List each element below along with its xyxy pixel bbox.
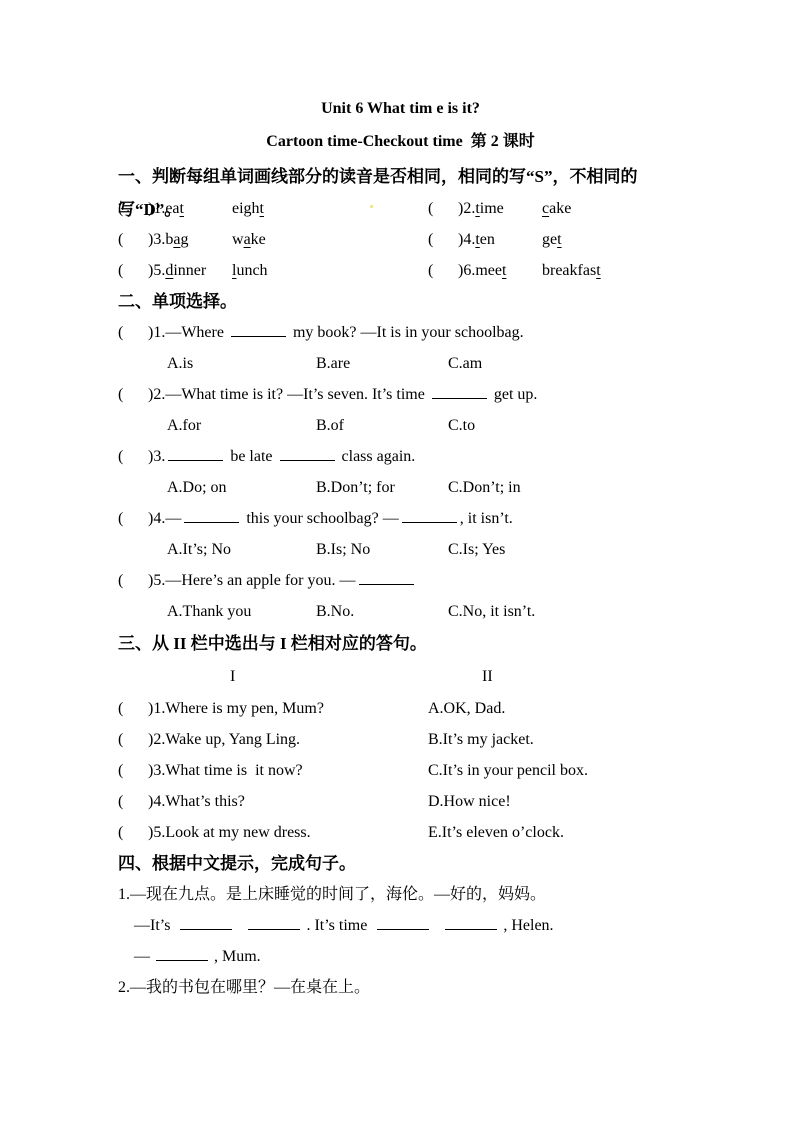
column-2-header: II	[482, 660, 493, 693]
matching-question: )1.Where is my pen, Mum?	[148, 693, 428, 724]
underlined-letter: a	[244, 231, 251, 248]
answer-blank	[280, 446, 335, 461]
worksheet-content: Unit 6 What tim e is it? Cartoon time-Ch…	[118, 94, 683, 1003]
answer-paren: (	[118, 817, 148, 848]
underlined-letter: l	[232, 262, 236, 279]
answer-blank	[402, 508, 457, 523]
sentence-completion-list: 1.—现在九点。是上床睡觉的时间了，海伦。—好的，妈妈。—It’s . It’s…	[118, 879, 683, 1003]
mc-options-row: A.Thank youB.No.C.No, it isn’t.	[118, 596, 683, 627]
matching-answer: B.It’s my jacket.	[428, 731, 534, 748]
matching-row: ()1.Where is my pen, Mum?A.OK, Dad.	[118, 693, 683, 724]
option-c: C.Don’t; in	[448, 479, 521, 496]
pair-word-first: )1.eat	[148, 193, 232, 224]
underlined-letter: c	[542, 200, 549, 217]
page-title: Unit 6 What tim e is it?	[118, 94, 683, 124]
option-c: C.Is; Yes	[448, 541, 505, 558]
answer-paren: (	[428, 224, 458, 255]
completion-line: 2.—我的书包在哪里？—在桌在上。	[118, 972, 683, 1003]
option-a: A.Thank you	[167, 596, 316, 627]
matching-row: ()4.What’s this?D.How nice!	[118, 786, 683, 817]
underlined-letter: t	[180, 200, 184, 217]
answer-paren: (	[118, 755, 148, 786]
option-a: A.Do; on	[167, 472, 316, 503]
matching-question: )2.Wake up, Yang Ling.	[148, 724, 428, 755]
mc-question-row: ()3. be late class again.	[118, 441, 683, 472]
matching-question: )5.Look at my new dress.	[148, 817, 428, 848]
answer-paren: (	[118, 379, 148, 410]
pair-word-second: lunch	[232, 255, 268, 286]
pair-word-first: )3.bag	[148, 224, 232, 255]
answer-blank	[168, 446, 223, 461]
answer-blank	[231, 322, 286, 337]
option-c: C.am	[448, 355, 482, 372]
answer-paren: (	[118, 441, 148, 472]
pair-word-second: get	[542, 224, 562, 255]
option-c: C.No, it isn’t.	[448, 603, 535, 620]
page-subtitle: Cartoon time-Checkout time 第 2 课时	[118, 124, 683, 160]
mc-question-row: ()1.—Where my book? —It is in your schoo…	[118, 317, 683, 348]
matching-answer: C.It’s in your pencil box.	[428, 762, 588, 779]
answer-paren: (	[118, 255, 148, 286]
answer-blank	[432, 384, 487, 399]
matching-column-headers: I II	[118, 660, 683, 693]
answer-blank	[180, 915, 232, 930]
option-b: B.Is; No	[316, 534, 448, 565]
mc-question-text: )4.— this your schoolbag? —, it isn’t.	[148, 510, 513, 527]
completion-line: —, Mum.	[118, 941, 683, 972]
mc-options-row: A.forB.ofC.to	[118, 410, 683, 441]
pair-word-second: cake	[542, 193, 571, 224]
word-pair-item: ()1.eateight	[118, 193, 428, 224]
answer-blank	[184, 508, 239, 523]
mc-question-text: )1.—Where my book? —It is in your school…	[148, 324, 524, 341]
matching-list: ()1.Where is my pen, Mum?A.OK, Dad.()2.W…	[118, 693, 683, 848]
mc-options-row: A.It’s; NoB.Is; NoC.Is; Yes	[118, 534, 683, 565]
option-a: A.It’s; No	[167, 534, 316, 565]
matching-question: )4.What’s this?	[148, 786, 428, 817]
option-a: A.is	[167, 348, 316, 379]
matching-answer: E.It’s eleven o’clock.	[428, 824, 564, 841]
matching-row: ()3.What time is it now?C.It’s in your p…	[118, 755, 683, 786]
answer-paren: (	[118, 317, 148, 348]
section-1-heading: 一、判断每组单词画线部分的读音是否相同，相同的写“S”，不相同的写“D”。	[118, 160, 683, 193]
answer-blank	[248, 915, 300, 930]
matching-row: ()5.Look at my new dress.E.It’s eleven o…	[118, 817, 683, 848]
option-a: A.for	[167, 410, 316, 441]
option-b: B.Don’t; for	[316, 472, 448, 503]
underlined-letter: a	[173, 231, 180, 248]
word-pair-item: ()2.timecake	[428, 193, 683, 224]
mc-question-row: ()4.— this your schoolbag? —, it isn’t.	[118, 503, 683, 534]
section-3-heading: 三、从 II 栏中选出与 I 栏相对应的答句。	[118, 627, 683, 660]
mc-options-row: A.isB.areC.am	[118, 348, 683, 379]
mc-question-row: ()2.—What time is it? —It’s seven. It’s …	[118, 379, 683, 410]
matching-answer: D.How nice!	[428, 793, 511, 810]
underlined-letter: t	[475, 231, 479, 248]
matching-question: )3.What time is it now?	[148, 755, 428, 786]
mc-options-row: A.Do; onB.Don’t; forC.Don’t; in	[118, 472, 683, 503]
underlined-letter: t	[557, 231, 561, 248]
option-b: B.are	[316, 348, 448, 379]
word-pair-item: ()3.bagwake	[118, 224, 428, 255]
pair-word-second: breakfast	[542, 255, 601, 286]
mc-question-text: )5.—Here’s an apple for you. —	[148, 572, 417, 589]
underlined-letter: t	[475, 200, 479, 217]
underlined-letter: d	[165, 262, 173, 279]
pair-word-second: eight	[232, 193, 264, 224]
answer-paren: (	[118, 224, 148, 255]
section-4-heading: 四、根据中文提示，完成句子。	[118, 848, 683, 879]
answer-paren: (	[118, 193, 148, 224]
matching-row: ()2.Wake up, Yang Ling.B.It’s my jacket.	[118, 724, 683, 755]
answer-paren: (	[118, 724, 148, 755]
answer-paren: (	[428, 193, 458, 224]
mc-question-text: )3. be late class again.	[148, 448, 415, 465]
answer-paren: (	[118, 693, 148, 724]
pair-word-first: )4.ten	[458, 224, 542, 255]
underlined-letter: t	[260, 200, 264, 217]
completion-line: 1.—现在九点。是上床睡觉的时间了，海伦。—好的，妈妈。	[118, 879, 683, 910]
option-b: B.of	[316, 410, 448, 441]
section-2-heading: 二、单项选择。	[118, 286, 683, 317]
word-pair-item: ()4.tenget	[428, 224, 683, 255]
word-pairs-grid: ()1.eateight()2.timecake()3.bagwake()4.t…	[118, 193, 683, 286]
word-pair-item: ()5.dinnerlunch	[118, 255, 428, 286]
answer-blank	[377, 915, 429, 930]
completion-line: —It’s . It’s time , Helen.	[118, 910, 683, 941]
answer-paren: (	[118, 786, 148, 817]
answer-paren: (	[118, 503, 148, 534]
mc-question-text: )2.—What time is it? —It’s seven. It’s t…	[148, 386, 537, 403]
column-1-header: I	[230, 660, 235, 693]
word-pair-item: ()6.meetbreakfast	[428, 255, 683, 286]
answer-blank	[445, 915, 497, 930]
worksheet-page: Unit 6 What tim e is it? Cartoon time-Ch…	[0, 0, 793, 1122]
answer-paren: (	[118, 565, 148, 596]
answer-blank	[156, 946, 208, 961]
matching-answer: A.OK, Dad.	[428, 700, 505, 717]
answer-paren: (	[428, 255, 458, 286]
pair-word-second: wake	[232, 224, 266, 255]
underlined-letter: t	[502, 262, 506, 279]
pair-word-first: )5.dinner	[148, 255, 232, 286]
multiple-choice-list: ()1.—Where my book? —It is in your schoo…	[118, 317, 683, 627]
pair-word-first: )2.time	[458, 193, 542, 224]
pair-word-first: )6.meet	[458, 255, 542, 286]
option-b: B.No.	[316, 596, 448, 627]
underlined-letter: t	[596, 262, 600, 279]
option-c: C.to	[448, 417, 475, 434]
mc-question-row: ()5.—Here’s an apple for you. —	[118, 565, 683, 596]
answer-blank	[359, 570, 414, 585]
